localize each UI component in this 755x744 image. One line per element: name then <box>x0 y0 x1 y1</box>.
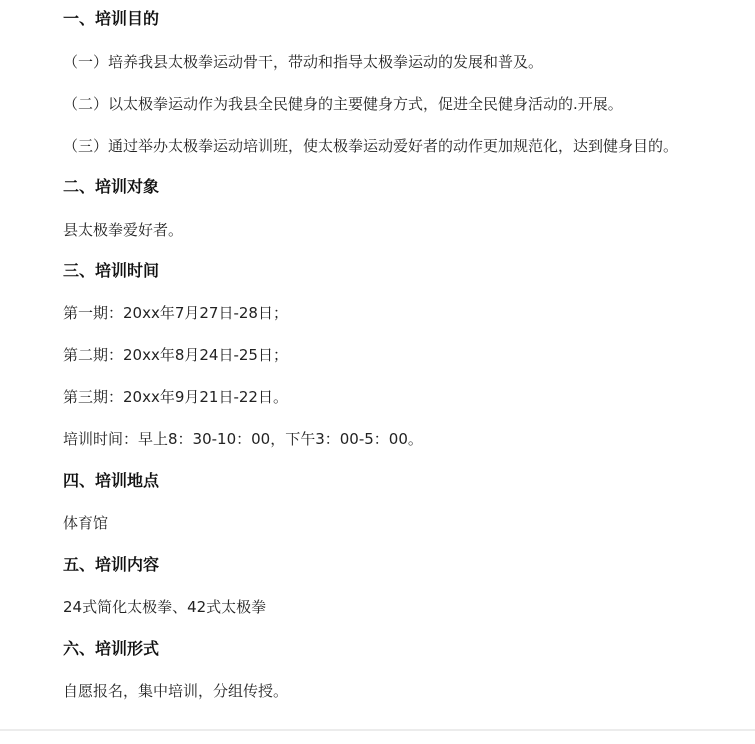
paragraph: 体育馆 <box>63 513 108 533</box>
paragraph: （二）以太极拳运动作为我县全民健身的主要健身方式，促进全民健身活动的.开展。 <box>63 94 623 114</box>
paragraph: （一）培养我县太极拳运动骨干，带动和指导太极拳运动的发展和普及。 <box>63 52 543 72</box>
section-heading-content: 五、培训内容 <box>63 555 159 575</box>
paragraph: 24式简化太极拳、42式太极拳 <box>63 597 266 617</box>
bottom-divider <box>0 729 755 731</box>
section-heading-schedule: 三、培训时间 <box>63 261 159 281</box>
section-heading-location: 四、培训地点 <box>63 471 159 491</box>
section-heading-purpose: 一、培训目的 <box>63 9 159 29</box>
paragraph: 培训时间：早上8：30-10：00，下午3：00-5：00。 <box>63 429 423 449</box>
paragraph: 县太极拳爱好者。 <box>63 220 183 240</box>
paragraph: （三）通过举办太极拳运动培训班，使太极拳运动爱好者的动作更加规范化，达到健身目的… <box>63 136 678 156</box>
section-heading-audience: 二、培训对象 <box>63 177 159 197</box>
section-heading-format: 六、培训形式 <box>63 639 159 659</box>
paragraph: 第一期：20xx年7月27日-28日； <box>63 303 288 323</box>
paragraph: 第三期：20xx年9月21日-22日。 <box>63 387 288 407</box>
paragraph: 自愿报名，集中培训，分组传授。 <box>63 681 288 701</box>
paragraph: 第二期：20xx年8月24日-25日； <box>63 345 288 365</box>
